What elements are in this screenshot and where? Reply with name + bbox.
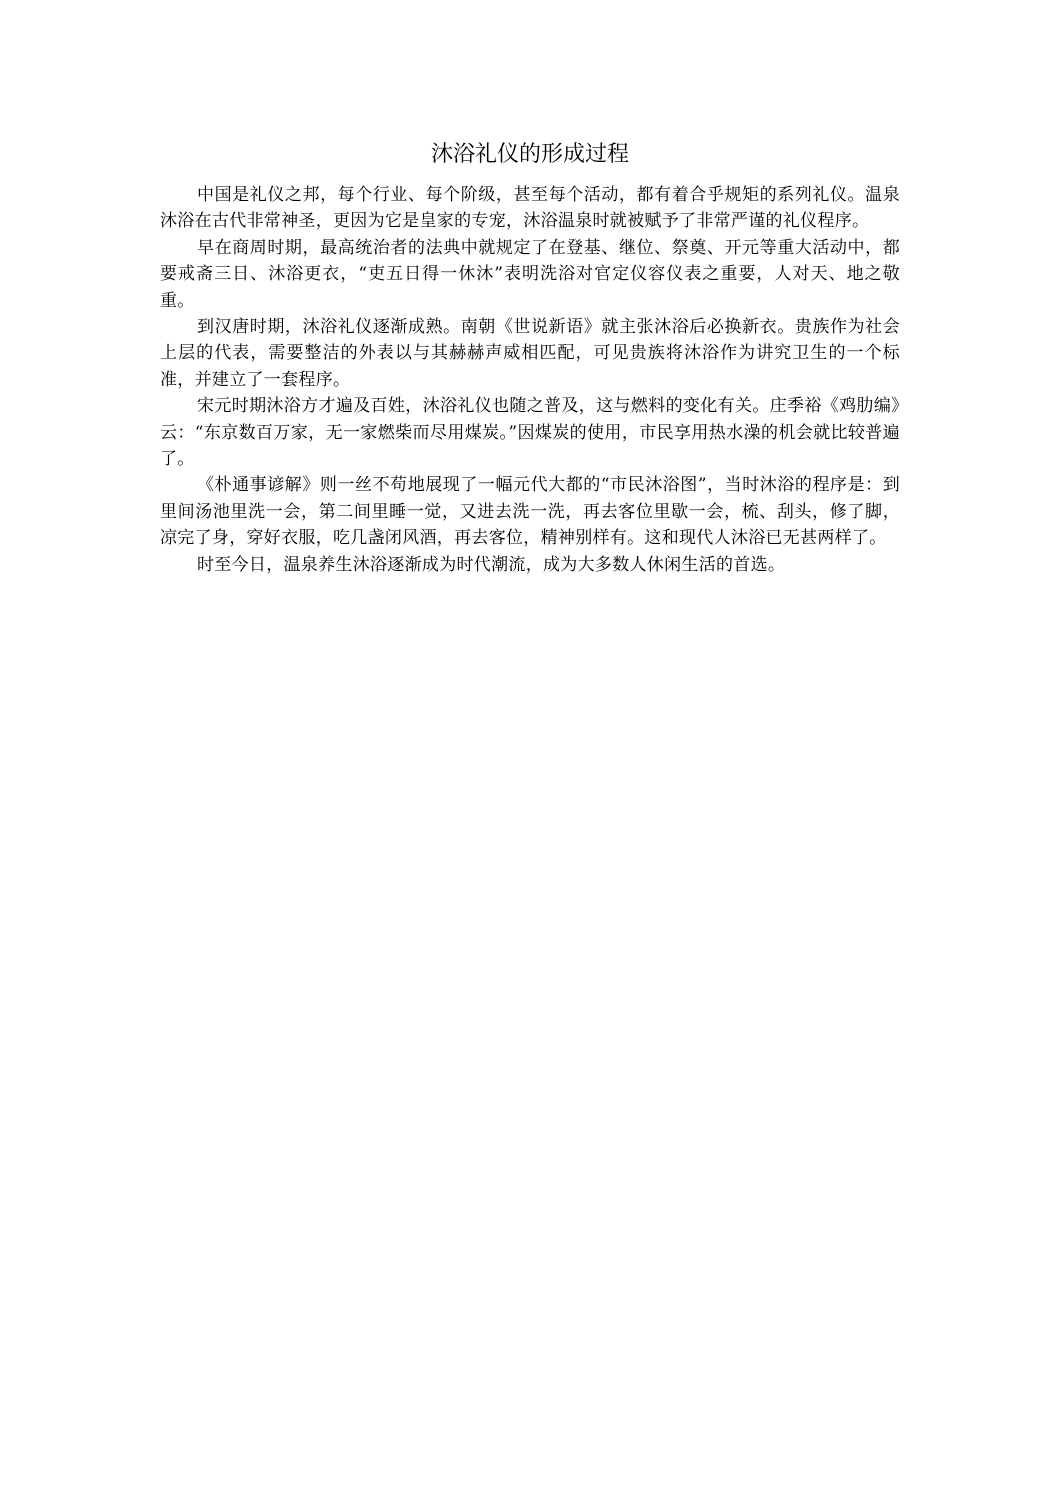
paragraph-han-tang: 到汉唐时期，沐浴礼仪逐渐成熟。南朝《世说新语》就主张沐浴后必换新衣。贵族作为社会… [160,314,900,393]
paragraph-song-yuan: 宋元时期沐浴方才遍及百姓，沐浴礼仪也随之普及，这与燃料的变化有关。庄季裕《鸡肋编… [160,393,900,472]
paragraph-shang-zhou: 早在商周时期，最高统治者的法典中就规定了在登基、继位、祭奠、开元等重大活动中，都… [160,235,900,314]
paragraph-yuan-dadu: 《朴通事谚解》则一丝不苟地展现了一幅元代大都的“市民沐浴图”，当时沐浴的程序是：… [160,472,900,551]
paragraph-intro: 中国是礼仪之邦，每个行业、每个阶级，甚至每个活动，都有着合乎规矩的系列礼仪。温泉… [160,182,900,235]
document-title: 沐浴礼仪的形成过程 [160,138,900,172]
paragraph-today: 时至今日，温泉养生沐浴逐渐成为时代潮流，成为大多数人休闲生活的首选。 [160,552,900,578]
document-page: 沐浴礼仪的形成过程 中国是礼仪之邦，每个行业、每个阶级，甚至每个活动，都有着合乎… [160,138,900,578]
